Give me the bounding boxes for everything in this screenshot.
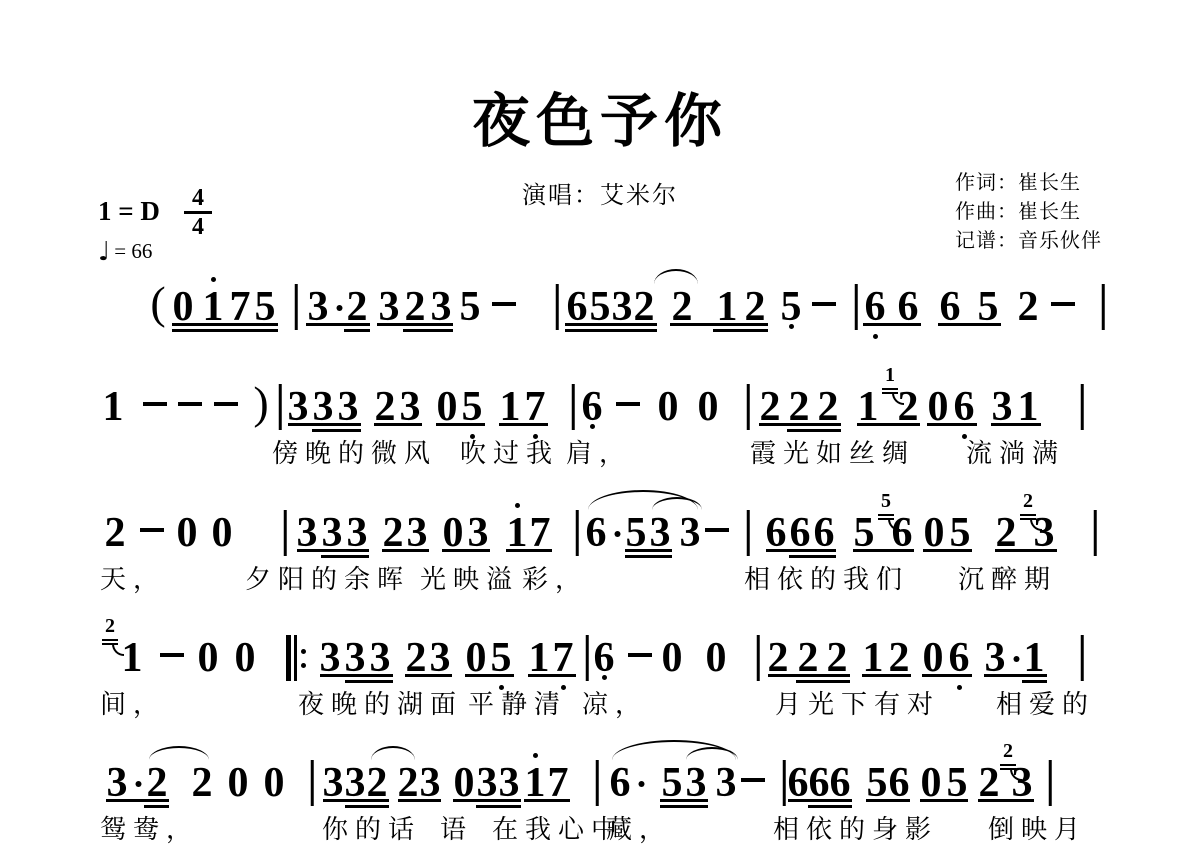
note: 6 xyxy=(567,286,588,328)
beam-underline xyxy=(398,799,441,802)
note: 1 xyxy=(500,386,521,428)
beam-underline xyxy=(565,323,657,326)
note: 6 xyxy=(940,286,961,328)
parenthesis: ( xyxy=(150,280,165,326)
beam-underline xyxy=(436,423,485,426)
note: 0 xyxy=(921,762,942,804)
note: 2 xyxy=(827,637,848,679)
beam-underline xyxy=(808,805,852,808)
beam-underline xyxy=(345,805,389,808)
note: 1 xyxy=(863,637,884,679)
note: 2 xyxy=(768,637,789,679)
note: 3 xyxy=(345,637,366,679)
beam-underline xyxy=(768,674,850,677)
beam-underline xyxy=(524,799,570,802)
beam-underline xyxy=(1022,680,1047,683)
note: 3 xyxy=(323,762,344,804)
beam-underline xyxy=(995,549,1057,552)
beam-underline xyxy=(344,329,370,332)
grace-digit: 2 xyxy=(1003,741,1013,761)
note: 2 xyxy=(105,512,126,554)
beam-underline xyxy=(321,555,369,558)
note: 3 xyxy=(992,386,1013,428)
note: 2 xyxy=(898,386,919,428)
note: 2 xyxy=(192,762,213,804)
lyric-segment: 相依的身影 xyxy=(773,814,938,844)
beam-underline xyxy=(320,674,393,677)
beam-underline xyxy=(306,323,370,326)
note: 3 xyxy=(407,512,428,554)
beam-underline xyxy=(625,549,672,552)
barline xyxy=(783,760,786,806)
slur-arc xyxy=(654,269,698,284)
note: 5 xyxy=(854,512,875,554)
note: 5 xyxy=(662,762,683,804)
barline xyxy=(747,384,750,430)
note: 0 xyxy=(466,637,487,679)
note: 3 xyxy=(107,762,128,804)
note: 3 xyxy=(297,512,318,554)
note: 7 xyxy=(548,762,569,804)
note: 1 xyxy=(122,637,143,679)
note: 6 xyxy=(949,637,970,679)
note: 2 xyxy=(760,386,781,428)
note: 0 xyxy=(662,637,683,679)
beam-underline xyxy=(978,799,1034,802)
note: 0 xyxy=(437,386,458,428)
note: 3 xyxy=(420,762,441,804)
note: 6 xyxy=(954,386,975,428)
note: 0 xyxy=(173,286,194,328)
duration-dash xyxy=(143,402,167,406)
repeat-thick-bar xyxy=(286,635,291,681)
note: 0 xyxy=(264,762,285,804)
note: 3 xyxy=(308,286,329,328)
lyric-segment: 月光下有对 xyxy=(775,689,940,719)
beam-underline xyxy=(625,555,672,558)
note: 6 xyxy=(892,512,913,554)
note: 6 xyxy=(830,762,851,804)
note: 7 xyxy=(230,286,251,328)
beam-underline xyxy=(288,423,361,426)
octave-dot-low xyxy=(873,334,878,339)
note: 3 xyxy=(468,512,489,554)
beam-underline xyxy=(345,680,393,683)
beam-underline xyxy=(862,674,911,677)
beam-underline xyxy=(922,674,972,677)
note: 3 xyxy=(347,512,368,554)
lyric-segment: 倒映月 xyxy=(988,814,1087,844)
beam-underline xyxy=(857,423,920,426)
note: 7 xyxy=(530,512,551,554)
note: 3 xyxy=(379,286,400,328)
note: 6 xyxy=(898,286,919,328)
note: 2 xyxy=(383,512,404,554)
note: 2 xyxy=(798,637,819,679)
beam-underline xyxy=(172,329,278,332)
note: 6 xyxy=(865,286,886,328)
beam-underline xyxy=(323,799,389,802)
note: 1 xyxy=(103,386,124,428)
note: 3 xyxy=(686,762,707,804)
note: 0 xyxy=(235,637,256,679)
duration-dash xyxy=(1051,302,1075,306)
note: 2 xyxy=(367,762,388,804)
lyric-segment: 傍晚的微风 xyxy=(272,438,437,468)
note: 6 xyxy=(766,512,787,554)
repeat-dots xyxy=(301,643,307,675)
note: 5 xyxy=(978,286,999,328)
note: 3 xyxy=(338,386,359,428)
note: 2 xyxy=(745,286,766,328)
barline xyxy=(1081,635,1084,681)
note: 5 xyxy=(590,286,611,328)
note: 3 xyxy=(313,386,334,428)
note: 1 xyxy=(717,286,738,328)
note: 3 xyxy=(499,762,520,804)
note: 2 xyxy=(979,762,1000,804)
note: 0 xyxy=(454,762,475,804)
octave-dot-high xyxy=(515,503,520,508)
note: 3 xyxy=(400,386,421,428)
octave-dot-low xyxy=(602,675,607,680)
beam-underline xyxy=(984,674,1047,677)
duration-dash xyxy=(160,653,184,657)
grace-digit: 2 xyxy=(105,616,115,636)
beam-underline xyxy=(476,805,521,808)
beam-underline xyxy=(920,799,968,802)
lyric-segment: 光映溢 xyxy=(420,564,519,594)
octave-dot-low xyxy=(957,685,962,690)
beam-underline xyxy=(297,549,369,552)
beam-underline xyxy=(465,674,514,677)
beam-underline xyxy=(499,423,548,426)
beam-underline xyxy=(172,323,278,326)
barline xyxy=(1102,284,1105,330)
beam-underline xyxy=(312,429,361,432)
note: 6 xyxy=(790,512,811,554)
note: 6 xyxy=(809,762,830,804)
note: 2 xyxy=(406,637,427,679)
barline xyxy=(279,384,282,430)
lyric-segment: 你的话 xyxy=(322,814,421,844)
note: 2 xyxy=(996,512,1017,554)
note: 0 xyxy=(228,762,249,804)
note: 5 xyxy=(460,286,481,328)
barline xyxy=(284,510,287,556)
note: 3 xyxy=(650,512,671,554)
lyric-segment: 相依的我们 xyxy=(744,564,909,594)
note: 6 xyxy=(610,762,631,804)
note: 2 xyxy=(347,286,368,328)
parenthesis: ) xyxy=(253,380,268,426)
note: 3 xyxy=(985,637,1006,679)
note: 2 xyxy=(1018,286,1039,328)
note: 5 xyxy=(867,762,888,804)
note: 5 xyxy=(491,637,512,679)
octave-dot-high xyxy=(533,753,538,758)
note: 5 xyxy=(781,286,802,328)
note: 6 xyxy=(582,386,603,428)
note: 6 xyxy=(594,637,615,679)
note: 3 xyxy=(288,386,309,428)
barline xyxy=(757,635,760,681)
beam-underline xyxy=(660,805,708,808)
beam-underline xyxy=(660,799,708,802)
lyric-segment: 沉醉期 xyxy=(958,564,1057,594)
lyric-segment: 鸳鸯， xyxy=(100,814,199,844)
duration-dash xyxy=(812,302,836,306)
note: 0 xyxy=(198,637,219,679)
duration-dash xyxy=(214,402,238,406)
note: 2 xyxy=(789,386,810,428)
beam-underline xyxy=(565,329,657,332)
octave-dot-low xyxy=(789,324,794,329)
barline xyxy=(747,510,750,556)
note: 1 xyxy=(1024,637,1045,679)
note: 3 xyxy=(1012,762,1033,804)
note: 2 xyxy=(818,386,839,428)
note: 5 xyxy=(255,286,276,328)
lyric-segment: 相爱的 xyxy=(996,689,1095,719)
note: 0 xyxy=(923,637,944,679)
beam-underline xyxy=(377,323,453,326)
duration-dash xyxy=(616,402,640,406)
beam-underline xyxy=(106,799,169,802)
slur-arc xyxy=(149,746,209,760)
note: 1 xyxy=(1018,386,1039,428)
note: 2 xyxy=(889,637,910,679)
note: 2 xyxy=(398,762,419,804)
beam-underline xyxy=(759,423,841,426)
octave-dot-low xyxy=(590,424,595,429)
beam-underline xyxy=(442,549,490,552)
lyric-segment: 语 xyxy=(440,814,473,844)
grace-beam xyxy=(102,639,118,641)
duration-dash xyxy=(741,778,765,782)
note: 1 xyxy=(507,512,528,554)
beam-underline xyxy=(453,799,521,802)
note: 1 xyxy=(858,386,879,428)
barline xyxy=(855,284,858,330)
augmentation-dot xyxy=(615,531,621,537)
beam-underline xyxy=(403,329,453,332)
lyric-segment: 夕阳的余晖 xyxy=(245,564,410,594)
note: 1 xyxy=(525,762,546,804)
note: 3 xyxy=(680,512,701,554)
grace-digit: 5 xyxy=(881,491,891,511)
note: 2 xyxy=(634,286,655,328)
barline xyxy=(1081,384,1084,430)
note: 6 xyxy=(586,512,607,554)
beam-underline xyxy=(927,423,977,426)
note: 5 xyxy=(947,762,968,804)
beam-underline xyxy=(787,429,841,432)
lyric-segment: 在我心中 xyxy=(492,814,624,844)
score: (017532323565322125666521)33323051760022… xyxy=(0,0,1200,850)
lyric-segment: 霞光如丝绸 xyxy=(750,438,915,468)
note: 3 xyxy=(430,637,451,679)
note: 0 xyxy=(924,512,945,554)
beam-underline xyxy=(528,674,576,677)
augmentation-dot xyxy=(639,781,645,787)
lyric-segment: 吹过我 xyxy=(460,438,559,468)
beam-underline xyxy=(713,329,768,332)
beam-underline xyxy=(788,799,852,802)
beam-underline xyxy=(789,555,836,558)
note: 3 xyxy=(322,512,343,554)
lyric-segment: 平静清 xyxy=(468,689,567,719)
note: 0 xyxy=(443,512,464,554)
note: 1 xyxy=(529,637,550,679)
lyric-segment: 流淌满 xyxy=(966,438,1065,468)
note: 5 xyxy=(626,512,647,554)
grace-digit: 2 xyxy=(1023,491,1033,511)
note: 1 xyxy=(203,286,224,328)
note: 3 xyxy=(477,762,498,804)
barline xyxy=(556,284,559,330)
grace-digit: 1 xyxy=(885,365,895,385)
sheet-music-page: 夜色予你 演唱：艾米尔 作词：崔长生 作曲：崔长生 记谱：音乐伙伴 1 = D … xyxy=(0,0,1200,850)
note: 2 xyxy=(405,286,426,328)
lyric-segment: 凉， xyxy=(582,689,648,719)
beam-underline xyxy=(991,423,1041,426)
barline xyxy=(596,760,599,806)
barline xyxy=(576,510,579,556)
duration-dash xyxy=(492,302,516,306)
octave-dot-high xyxy=(211,277,216,282)
barline xyxy=(1094,510,1097,556)
note: 3 xyxy=(345,762,366,804)
barline xyxy=(311,760,314,806)
barline xyxy=(572,384,575,430)
beam-underline xyxy=(863,323,921,326)
note: 3 xyxy=(612,286,633,328)
lyric-segment: 间， xyxy=(100,689,166,719)
beam-underline xyxy=(506,549,552,552)
barline xyxy=(586,635,589,681)
beam-underline xyxy=(938,323,1001,326)
note: 0 xyxy=(177,512,198,554)
duration-dash xyxy=(140,528,164,532)
beam-underline xyxy=(853,549,914,552)
note: 3 xyxy=(1034,512,1055,554)
note: 2 xyxy=(672,286,693,328)
note: 7 xyxy=(525,386,546,428)
barline xyxy=(1049,760,1052,806)
repeat-thin-bar xyxy=(294,635,297,681)
barline xyxy=(295,284,298,330)
duration-dash xyxy=(178,402,202,406)
beam-underline xyxy=(405,674,452,677)
slur-arc xyxy=(371,746,415,760)
note: 6 xyxy=(814,512,835,554)
note: 0 xyxy=(698,386,719,428)
note: 5 xyxy=(462,386,483,428)
note: 0 xyxy=(658,386,679,428)
beam-underline xyxy=(144,805,169,808)
augmentation-dot xyxy=(136,781,142,787)
note: 3 xyxy=(370,637,391,679)
beam-underline xyxy=(923,549,972,552)
note: 2 xyxy=(375,386,396,428)
beam-underline xyxy=(670,323,768,326)
note: 6 xyxy=(889,762,910,804)
beam-underline xyxy=(866,799,910,802)
note: 3 xyxy=(431,286,452,328)
beam-underline xyxy=(796,680,850,683)
note: 2 xyxy=(147,762,168,804)
grace-beam xyxy=(882,388,898,390)
note: 6 xyxy=(788,762,809,804)
lyric-segment: 肩， xyxy=(566,438,632,468)
note: 3 xyxy=(716,762,737,804)
duration-dash xyxy=(628,653,652,657)
beam-underline xyxy=(382,549,429,552)
augmentation-dot xyxy=(337,305,343,311)
lyric-segment: 天， xyxy=(100,564,166,594)
lyric-segment: 夜晚的湖面 xyxy=(298,689,463,719)
note: 5 xyxy=(950,512,971,554)
note: 7 xyxy=(553,637,574,679)
lyric-segment: 藏， xyxy=(606,814,672,844)
beam-underline xyxy=(374,423,422,426)
beam-underline xyxy=(766,549,836,552)
note: 0 xyxy=(706,637,727,679)
note: 3 xyxy=(320,637,341,679)
lyric-segment: 彩， xyxy=(522,564,588,594)
note: 0 xyxy=(928,386,949,428)
augmentation-dot xyxy=(1014,656,1020,662)
duration-dash xyxy=(705,528,729,532)
note: 0 xyxy=(212,512,233,554)
